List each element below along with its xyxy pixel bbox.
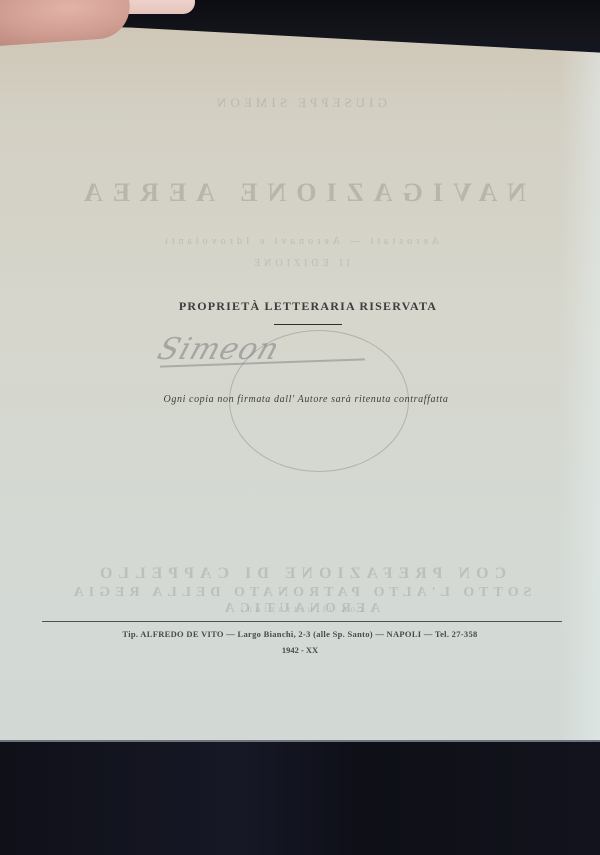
authenticity-notice: Ogni copia non firmata dall' Autore sarà… xyxy=(0,394,600,405)
showthrough-subtitle: Aerostati — Aeronavi e Idrovolanti xyxy=(0,236,600,247)
printer-imprint: Tip. ALFREDO DE VITO — Largo Bianchi, 2-… xyxy=(0,629,600,639)
showthrough-title: NAVIGAZIONE AEREA xyxy=(0,178,600,208)
showthrough-preface: CON PREFAZIONE DI CAPPELLO xyxy=(0,565,600,583)
divider-long xyxy=(42,621,562,622)
showthrough-author: GIUSEPPE SIMEON xyxy=(0,95,600,111)
copyright-heading: PROPRIETÀ LETTERARIA RISERVATA xyxy=(0,299,600,314)
fingernail xyxy=(125,0,195,14)
table-surface-bottom xyxy=(0,740,600,855)
publication-year: 1942 - XX xyxy=(0,645,600,655)
showthrough-edition: II EDIZIONE xyxy=(0,258,600,269)
showthrough-note: con illustrazioni xyxy=(0,604,600,614)
divider-short xyxy=(274,324,342,325)
